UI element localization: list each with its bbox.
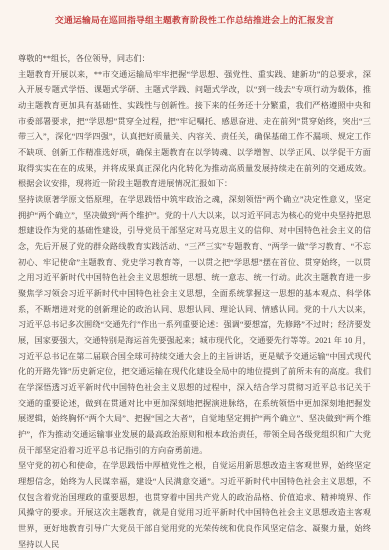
document-body: 尊敬的**组长，各位领导，同志们： 主题教育开展以来，**市交通运输局牢牢把握“… bbox=[18, 51, 371, 550]
paragraph-salutation: 尊敬的**组长，各位领导，同志们： bbox=[18, 51, 371, 67]
paragraph-overview: 主题教育开展以来，**市交通运输局牢牢把握“学思想、强党性、重实践、建新功”的总… bbox=[18, 67, 371, 192]
document-title: 交通运输局在巡回指导组主题教育阶段性工作总结推进会上的汇报发言 bbox=[18, 13, 371, 27]
paragraph-mission: 坚守党的初心和使命，在学思践悟中厚植党性之根，自觉运用新思想改造主客观世界，始终… bbox=[18, 458, 371, 550]
document-page: 交通运输局在巡回指导组主题教育阶段性工作总结推进会上的汇报发言 尊敬的**组长，… bbox=[0, 0, 389, 550]
paragraph-study-theory: 坚持读原著学原文悟原理，在学思践悟中筑牢政治之魂，深刻领悟“两个确立”决定性意义… bbox=[18, 192, 371, 458]
